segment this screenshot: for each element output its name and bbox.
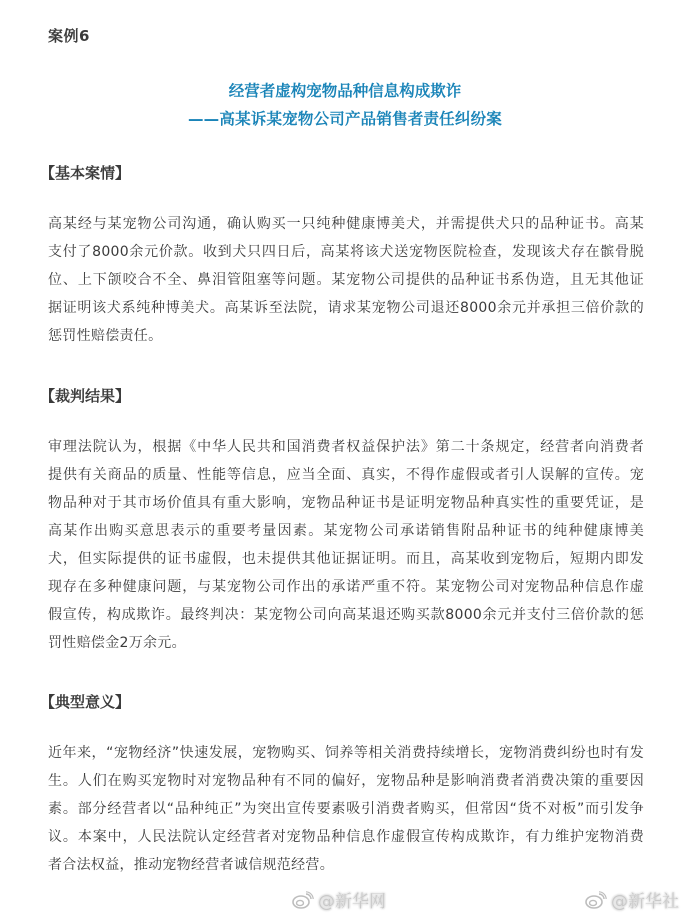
section-body-significance: 近年来，“宠物经济”快速发展，宠物购买、饲养等相关消费持续增长，宠物消费纠纷也时… (48, 739, 644, 879)
section-body-basic-facts: 高某经与某宠物公司沟通，确认购买一只纯种健康博美犬，并需提供犬只的品种证书。高某… (48, 210, 644, 350)
paragraph-line: 假宣传，构成欺诈。最终判决：某宠物公司向高某退还购买款8000余元并支付三倍价款… (48, 601, 644, 629)
section-heading-judgment: 【裁判结果】 (40, 385, 130, 406)
paragraph-line: 据证明该犬系纯种博美犬。高某诉至法院，请求某宠物公司退还8000余元并承担三倍价… (48, 294, 644, 322)
paragraph-line: 近年来，“宠物经济”快速发展，宠物购买、饲养等相关消费持续增长，宠物消费纠纷也时… (48, 739, 644, 767)
watermark-text: @新华网 (318, 887, 386, 912)
weibo-icon (585, 891, 607, 909)
paragraph-line: 议。本案中，人民法院认定经营者对宠物品种信息作虚假宣传构成欺诈，有力维护宠物消费 (48, 823, 644, 851)
section-body-judgment: 审理法院认为，根据《中华人民共和国消费者权益保护法》第二十条规定，经营者向消费者… (48, 433, 644, 657)
case-label: 案例6 (48, 25, 90, 46)
section-heading-basic-facts: 【基本案情】 (40, 162, 130, 183)
paragraph-line: 支付了8000余元价款。收到犬只四日后，高某将该犬送宠物医院检查，发现该犬存在髌… (48, 238, 644, 266)
watermark-text: @新华社 (611, 887, 679, 912)
paragraph-line: 审理法院认为，根据《中华人民共和国消费者权益保护法》第二十条规定，经营者向消费者 (48, 433, 644, 461)
paragraph-line: 提供有关商品的质量、性能等信息，应当全面、真实，不得作虚假或者引人误解的宣传。宠 (48, 461, 644, 489)
article-title: 经营者虚构宠物品种信息构成欺诈 (0, 79, 690, 101)
article-subtitle: ——高某诉某宠物公司产品销售者责任纠纷案 (0, 107, 690, 129)
watermark-xinhua-agency: @新华社 (585, 887, 679, 912)
paragraph-line: 者合法权益，推动宠物经营者诚信规范经营。 (48, 851, 644, 879)
paragraph-line: 高某经与某宠物公司沟通，确认购买一只纯种健康博美犬，并需提供犬只的品种证书。高某 (48, 210, 644, 238)
paragraph-line: 素。部分经营者以“品种纯正”为突出宣传要素吸引消费者购买，但常因“货不对板”而引… (48, 795, 644, 823)
watermark-xinhuanet: @新华网 (292, 887, 386, 912)
paragraph-line: 位、上下颌咬合不全、鼻泪管阻塞等问题。某宠物公司提供的品种证书系伪造，且无其他证 (48, 266, 644, 294)
paragraph-line: 罚性赔偿金2万余元。 (48, 629, 644, 657)
paragraph-line: 物品种对于其市场价值具有重大影响，宠物品种证书是证明宠物品种真实性的重要凭证，是 (48, 489, 644, 517)
paragraph-line: 现存在多种健康问题，与某宠物公司作出的承诺严重不符。某宠物公司对宠物品种信息作虚 (48, 573, 644, 601)
weibo-icon (292, 891, 314, 909)
section-heading-significance: 【典型意义】 (40, 691, 130, 712)
paragraph-line: 高某作出购买意思表示的重要考量因素。某宠物公司承诺销售附品种证书的纯种健康博美 (48, 517, 644, 545)
paragraph-line: 犬，但实际提供的证书虚假，也未提供其他证据证明。而且，高某收到宠物后，短期内即发 (48, 545, 644, 573)
paragraph-line: 生。人们在购买宠物时对宠物品种有不同的偏好，宠物品种是影响消费者消费决策的重要因 (48, 767, 644, 795)
paragraph-line: 惩罚性赔偿责任。 (48, 322, 644, 350)
